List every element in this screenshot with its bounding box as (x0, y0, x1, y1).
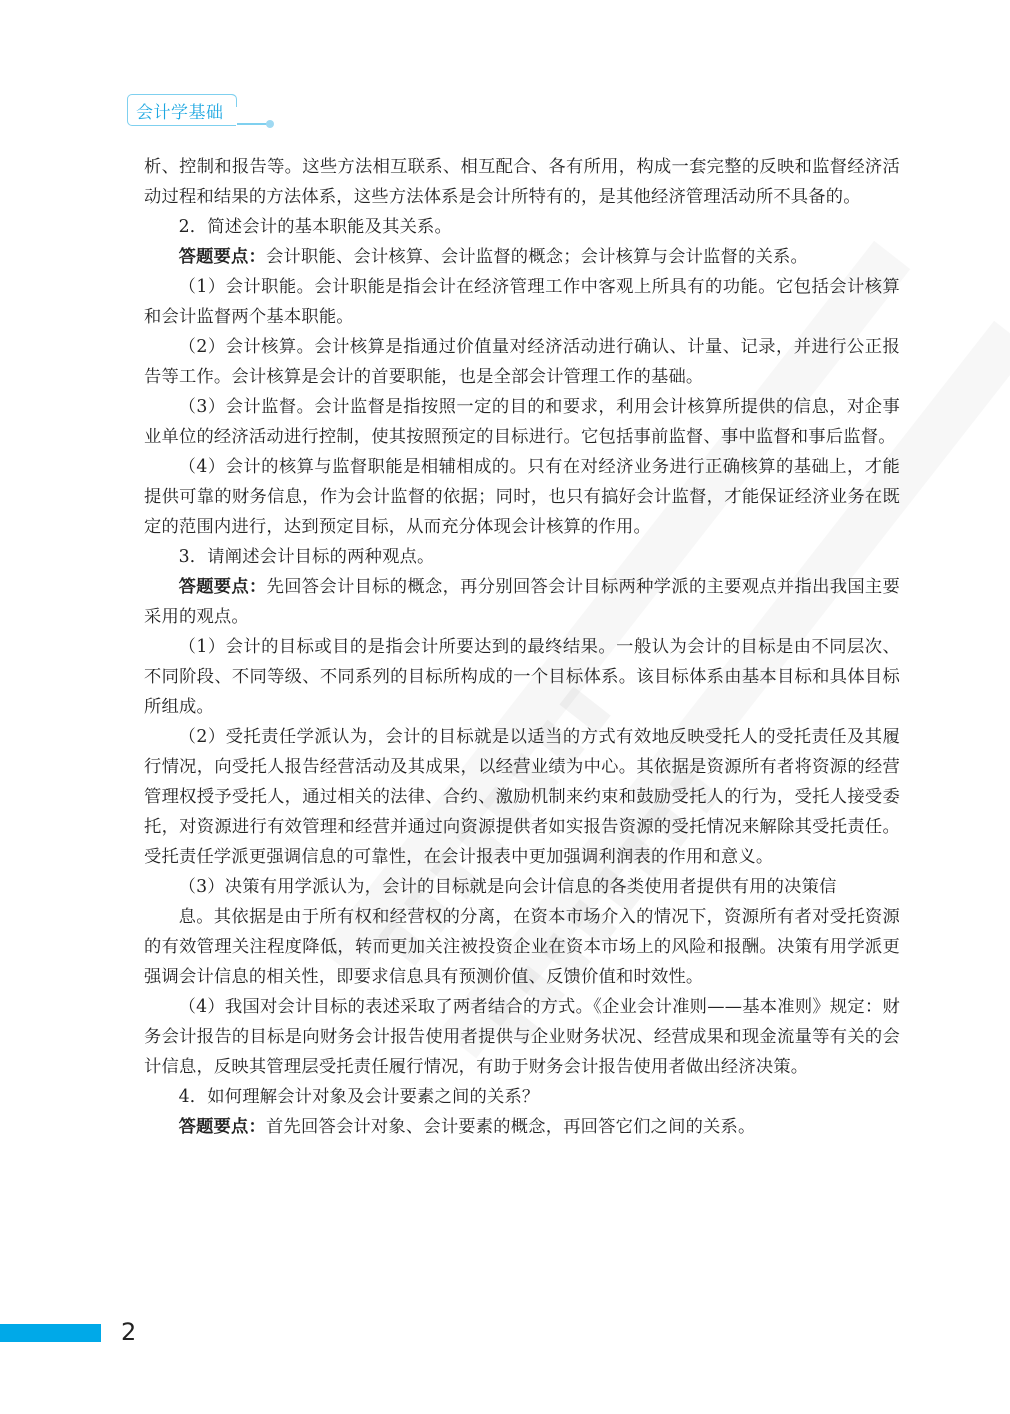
header-decoration-dot (266, 120, 274, 128)
body-paragraph: （3）会计监督。会计监督是指按照一定的目的和要求，利用会计核算所提供的信息，对企… (144, 392, 900, 452)
page-number: 2 (121, 1318, 136, 1346)
running-header-book-title: 会计学基础 (127, 94, 236, 126)
answer-key-label: 答题要点： (179, 577, 267, 597)
body-paragraph: （1）会计职能。会计职能是指会计在经济管理工作中客观上所具有的功能。它包括会计核… (144, 272, 900, 332)
body-paragraph: （4）我国对会计目标的表述采取了两者结合的方式。《企业会计准则——基本准则》规定… (144, 992, 900, 1082)
paragraph-text: （2）会计核算。会计核算是指通过价值量对经济活动进行确认、计量、记录，并进行公正… (144, 337, 900, 387)
body-paragraph: （4）会计的核算与监督职能是相辅相成的。只有在对经济业务进行正确核算的基础上，才… (144, 452, 900, 542)
answer-key-paragraph: 答题要点：首先回答会计对象、会计要素的概念，再回答它们之间的关系。 (144, 1112, 900, 1142)
header-frame-corner (228, 94, 237, 107)
body-paragraph: （3）决策有用学派认为，会计的目标就是向会计信息的各类使用者提供有用的决策信 (144, 872, 900, 902)
footer-accent-bar (0, 1324, 101, 1342)
paragraph-text: （4）会计的核算与监督职能是相辅相成的。只有在对经济业务进行正确核算的基础上，才… (144, 457, 900, 537)
paragraph-text: 3．请阐述会计目标的两种观点。 (179, 547, 435, 567)
book-title: 会计学基础 (136, 98, 224, 123)
page-body: 析、控制和报告等。这些方法相互联系、相互配合、各有所用，构成一套完整的反映和监督… (144, 152, 900, 1142)
paragraph-text: （4）我国对会计目标的表述采取了两者结合的方式。《企业会计准则——基本准则》规定… (144, 997, 900, 1077)
paragraph-text: （1）会计职能。会计职能是指会计在经济管理工作中客观上所具有的功能。它包括会计核… (144, 277, 900, 327)
paragraph-text: 4．如何理解会计对象及会计要素之间的关系？ (179, 1087, 540, 1107)
answer-key-paragraph: 答题要点：会计职能、会计核算、会计监督的概念；会计核算与会计监督的关系。 (144, 242, 900, 272)
body-paragraph: 息。其依据是由于所有权和经营权的分离，在资本市场介入的情况下，资源所有者对受托资… (144, 902, 900, 992)
body-paragraph: 2．简述会计的基本职能及其关系。 (144, 212, 900, 242)
answer-key-label: 答题要点： (179, 1117, 266, 1137)
paragraph-text: （2）受托责任学派认为，会计的目标就是以适当的方式有效地反映受托人的受托责任及其… (144, 727, 900, 867)
paragraph-text: 析、控制和报告等。这些方法相互联系、相互配合、各有所用，构成一套完整的反映和监督… (144, 157, 900, 207)
body-paragraph: 3．请阐述会计目标的两种观点。 (144, 542, 900, 572)
paragraph-text: 息。其依据是由于所有权和经营权的分离，在资本市场介入的情况下，资源所有者对受托资… (144, 907, 900, 987)
body-paragraph: 4．如何理解会计对象及会计要素之间的关系？ (144, 1082, 900, 1112)
answer-key-label: 答题要点： (179, 247, 266, 267)
paragraph-text: 2．简述会计的基本职能及其关系。 (179, 217, 452, 237)
body-paragraph: （2）会计核算。会计核算是指通过价值量对经济活动进行确认、计量、记录，并进行公正… (144, 332, 900, 392)
header-decoration-line (237, 123, 269, 125)
paragraph-text: （3）决策有用学派认为，会计的目标就是向会计信息的各类使用者提供有用的决策信 (179, 877, 837, 897)
body-paragraph: （2）受托责任学派认为，会计的目标就是以适当的方式有效地反映受托人的受托责任及其… (144, 722, 900, 872)
paragraph-text: （1）会计的目标或目的是指会计所要达到的最终结果。一般认为会计的目标是由不同层次… (144, 637, 900, 717)
paragraph-text: 首先回答会计对象、会计要素的概念，再回答它们之间的关系。 (266, 1117, 755, 1137)
body-paragraph: 析、控制和报告等。这些方法相互联系、相互配合、各有所用，构成一套完整的反映和监督… (144, 152, 900, 212)
answer-key-paragraph: 答题要点：先回答会计目标的概念，再分别回答会计目标两种学派的主要观点并指出我国主… (144, 572, 900, 632)
body-paragraph: （1）会计的目标或目的是指会计所要达到的最终结果。一般认为会计的目标是由不同层次… (144, 632, 900, 722)
paragraph-text: （3）会计监督。会计监督是指按照一定的目的和要求，利用会计核算所提供的信息，对企… (144, 397, 900, 447)
paragraph-text: 会计职能、会计核算、会计监督的概念；会计核算与会计监督的关系。 (266, 247, 808, 267)
